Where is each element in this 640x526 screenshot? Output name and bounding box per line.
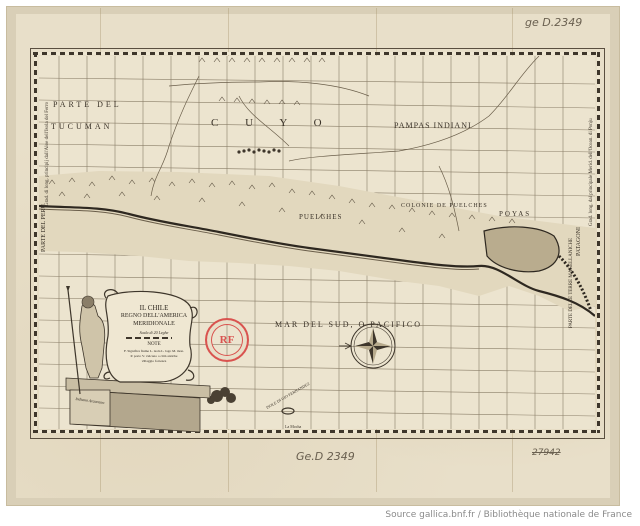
library-stamp: RF (205, 318, 249, 362)
vertical-label-magellanic: PARTE DELLE TERRE MAGELLANICHE (569, 238, 574, 328)
shelfmark-bottom: Ge.D 2349 (296, 450, 355, 463)
cartouche-title-1: IL CHILE (114, 304, 194, 312)
region-label-tucuman: TUCUMAN (51, 122, 112, 131)
notes-line-3: villaggio fortezza (112, 359, 196, 363)
region-label-pampas: PAMPAS INDIANI (394, 121, 472, 130)
inventory-number: 27942 (532, 448, 561, 458)
ocean-label: MAR DEL SUD, O PACIFICO (275, 320, 422, 329)
cartouche-title-2: REGNO DELL'AMERICA (114, 312, 194, 320)
notes-line-2: P. porto V. vulcano o città antiche (112, 354, 196, 358)
border-right (597, 52, 600, 433)
vertical-label-peru: PARTE DEL PERU (41, 204, 47, 252)
border-top (33, 52, 600, 55)
vertical-label-patagoni: PATAGONI (576, 227, 582, 256)
vertical-label-left-border: Grad. di long. principij dall'Aloe dell'… (45, 102, 50, 206)
lake-cluster (237, 148, 280, 153)
vertical-label-right-border: Grad. long. dal principale Merid. dell'O… (589, 118, 594, 226)
region-label-parte-del: PARTE DEL (53, 100, 122, 109)
region-label-puelches: PUELCHES (299, 213, 342, 221)
region-label-poyas: POYAS (499, 210, 531, 218)
source-credit: Source gallica.bnf.fr / Bibliothèque nat… (385, 510, 632, 520)
notes-line-1: F. Significa fiume L. isola L. lago M. m… (112, 349, 196, 353)
stamp-text: RF (220, 334, 235, 346)
region-label-colonie: COLONIE DE PUELCHES (401, 203, 488, 209)
cartouche: IL CHILE REGNO DELL'AMERICA MERIDIONALE … (40, 286, 220, 436)
cartouche-title-3: MERIDIONALE (114, 320, 194, 328)
border-left (34, 52, 37, 433)
shelfmark-top: ge D.2349 (525, 16, 582, 29)
region-label-cuyo: C U Y O (211, 117, 334, 129)
island-small-label: La Mocha (285, 424, 301, 429)
notes-heading: NOTE (114, 342, 194, 347)
scale-label: Scala di 20 Leghe (114, 330, 194, 335)
